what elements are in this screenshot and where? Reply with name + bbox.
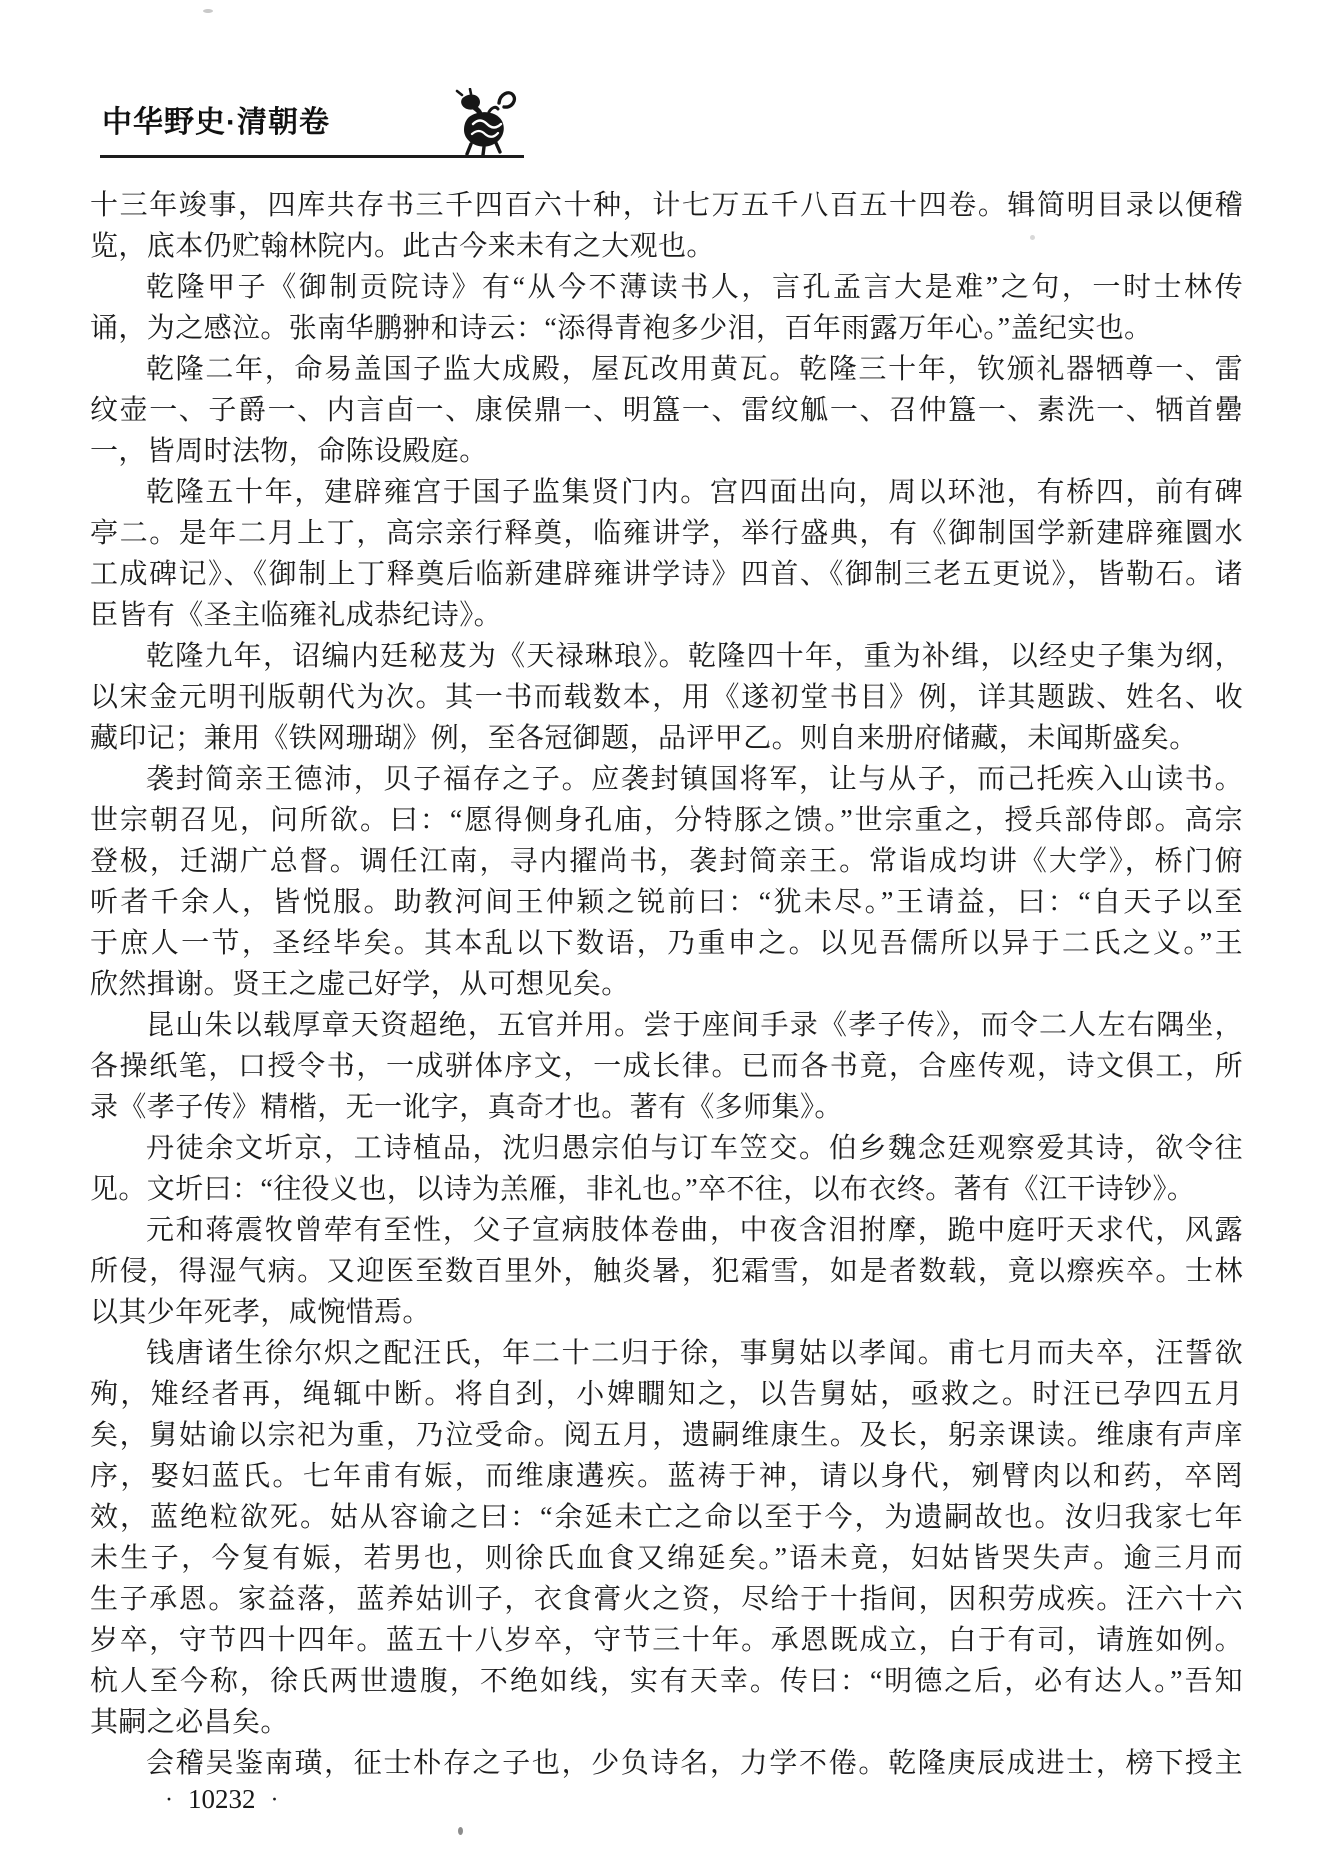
text-line: 亭二。是年二月上丁，高宗亲行释奠，临雍讲学，举行盛典，有《御制国学新建辟雍圜水 xyxy=(90,513,1243,554)
text-line: 十三年竣事，四库共存书三千四百六十种，计七万五千八百五十四卷。辑简明目录以便稽 xyxy=(90,185,1243,226)
text-line: 乾隆九年，诏编内廷秘芨为《天禄琳琅》。乾隆四十年，重为补缉，以经史子集为纲， xyxy=(90,636,1243,677)
header-divider-rule xyxy=(100,155,524,158)
page-number: ·10232· xyxy=(150,1783,294,1815)
text-line: 殉，雉经者再，绳辄中断。将自刭，小婢瞯知之，以告舅姑，亟救之。时汪已孕四五月 xyxy=(90,1374,1243,1415)
text-line: 乾隆五十年，建辟雍宫于国子监集贤门内。宫四面出向，周以环池，有桥四，前有碑 xyxy=(90,472,1243,513)
text-line: 效，蓝绝粒欲死。姑从容谕之曰：“余延未亡之命以至于今，为遗嗣故也。汝归我家七年 xyxy=(90,1497,1243,1538)
text-line: 钱唐诸生徐尔炽之配汪氏，年二十二归于徐，事舅姑以孝闻。甫七月而夫卒，汪誓欲 xyxy=(90,1333,1243,1374)
text-line: 纹壶一、子爵一、内言卣一、康侯鼎一、明簋一、雷纹觚一、召仲簋一、素洗一、牺首罍 xyxy=(90,390,1243,431)
text-line: 臣皆有《圣主临雍礼成恭纪诗》。 xyxy=(90,595,1243,636)
text-line: 昆山朱以载厚章天资超绝，五官并用。尝于座间手录《孝子传》，而令二人左右隅坐， xyxy=(90,1005,1243,1046)
scan-speck xyxy=(458,1827,463,1835)
text-line: 一，皆周时法物，命陈设殿庭。 xyxy=(90,431,1243,472)
text-line: 生子承恩。家益落，蓝养姑训子，衣食膏火之资，尽给于十指间，因积劳成疾。汪六十六 xyxy=(90,1579,1243,1620)
folio-number: 10232 xyxy=(188,1784,256,1814)
text-line: 录《孝子传》精楷，无一讹字，真奇才也。著有《多师集》。 xyxy=(90,1087,1243,1128)
scan-speck xyxy=(1030,235,1035,240)
text-line: 丹徒余文圻京，工诗植品，沈归愚宗伯与订车笠交。伯乡魏念廷观察爱其诗，欲令往 xyxy=(90,1128,1243,1169)
text-line: 乾隆甲子《御制贡院诗》有“从今不薄读书人，言孔孟言大是难”之句，一时士林传 xyxy=(90,267,1243,308)
scanned-book-page: 中华野史·清朝卷 十三年竣事，四库共存书三千四百六十种，计七万五千八百五十四卷。… xyxy=(0,0,1322,1870)
text-line: 各操纸笔，口授令书，一成骈体序文，一成长律。已而各书竟，合座传观，诗文俱工，所 xyxy=(90,1046,1243,1087)
folio-right-dot: · xyxy=(271,1784,279,1816)
text-line: 杭人至今称，徐氏两世遗腹，不绝如线，实有天幸。传曰：“明德之后，必有达人。”吾知 xyxy=(90,1661,1243,1702)
text-line: 未生子，今复有娠，若男也，则徐氏血食又绵延矣。”语未竟，妇姑皆哭失声。逾三月而 xyxy=(90,1538,1243,1579)
text-line: 诵，为之感泣。张南华鹏翀和诗云：“添得青袍多少泪，百年雨露万年心。”盖纪实也。 xyxy=(90,308,1243,349)
text-line: 矣，舅姑谕以宗祀为重，乃泣受命。阅五月，遗嗣维康生。及长，躬亲课读。维康有声庠 xyxy=(90,1415,1243,1456)
book-title: 中华野史·清朝卷 xyxy=(102,103,330,143)
text-line: 序，娶妇蓝氏。七年甫有娠，而维康遘疾。蓝祷于神，请以身代，剜臂肉以和药，卒罔 xyxy=(90,1456,1243,1497)
text-line: 所侵，得湿气病。又迎医至数百里外，触炎暑，犯霜雪，如是者数载，竟以瘵疾卒。士林 xyxy=(90,1251,1243,1292)
text-line: 乾隆二年，命易盖国子监大成殿，屋瓦改用黄瓦。乾隆三十年，钦颁礼器牺尊一、雷 xyxy=(90,349,1243,390)
folio-left-dot: · xyxy=(165,1784,173,1816)
text-line: 岁卒，守节四十四年。蓝五十八岁卒，守节三十年。承恩既成立，白于有司，请旌如例。 xyxy=(90,1620,1243,1661)
scan-speck xyxy=(203,9,213,13)
text-line: 览，底本仍贮翰林院内。此古今来未有之大观也。 xyxy=(90,226,1243,267)
text-line: 听者千余人，皆悦服。助教河间王仲颖之锐前曰：“犹未尽。”王请益，曰：“自天子以至 xyxy=(90,882,1243,923)
text-line: 元和蒋震牧曾荦有至性，父子宣病肢体卷曲，中夜含泪拊摩，跪中庭吁天求代，风露 xyxy=(90,1210,1243,1251)
body-text: 十三年竣事，四库共存书三千四百六十种，计七万五千八百五十四卷。辑简明目录以便稽 … xyxy=(90,185,1243,1784)
text-line: 于庶人一节，圣经毕矣。其本乱以下数语，乃重申之。以见吾儒所以异于二氏之义。”王 xyxy=(90,923,1243,964)
text-line: 会稽吴鉴南璜，征士朴存之子也，少负诗名，力学不倦。乾隆庚辰成进士，榜下授主 xyxy=(90,1743,1243,1784)
text-line: 登极，迁湖广总督。调任江南，寻内擢尚书，袭封简亲王。常诣成均讲《大学》，桥门俯 xyxy=(90,841,1243,882)
text-line: 以其少年死孝，咸惋惜焉。 xyxy=(90,1292,1243,1333)
text-line: 欣然揖谢。贤王之虚己好学，从可想见矣。 xyxy=(90,964,1243,1005)
text-line: 见。文圻曰：“往役义也，以诗为羔雁，非礼也。”卒不往，以布衣终。著有《江干诗钞》… xyxy=(90,1169,1243,1210)
text-line: 其嗣之必昌矣。 xyxy=(90,1702,1243,1743)
dragon-ornament-icon xyxy=(451,88,517,156)
text-line: 袭封简亲王德沛，贝子福存之子。应袭封镇国将军，让与从子，而己托疾入山读书。 xyxy=(90,759,1243,800)
text-line: 世宗朝召见，问所欲。曰：“愿得侧身孔庙，分特豚之馈。”世宗重之，授兵部侍郎。高宗 xyxy=(90,800,1243,841)
text-line: 藏印记；兼用《铁网珊瑚》例，至各冠御题，品评甲乙。则自来册府储藏，未闻斯盛矣。 xyxy=(90,718,1243,759)
text-line: 工成碑记》、《御制上丁释奠后临新建辟雍讲学诗》四首、《御制三老五更说》，皆勒石。… xyxy=(90,554,1243,595)
text-line: 以宋金元明刊版朝代为次。其一书而载数本，用《遂初堂书目》例，详其题跋、姓名、收 xyxy=(90,677,1243,718)
